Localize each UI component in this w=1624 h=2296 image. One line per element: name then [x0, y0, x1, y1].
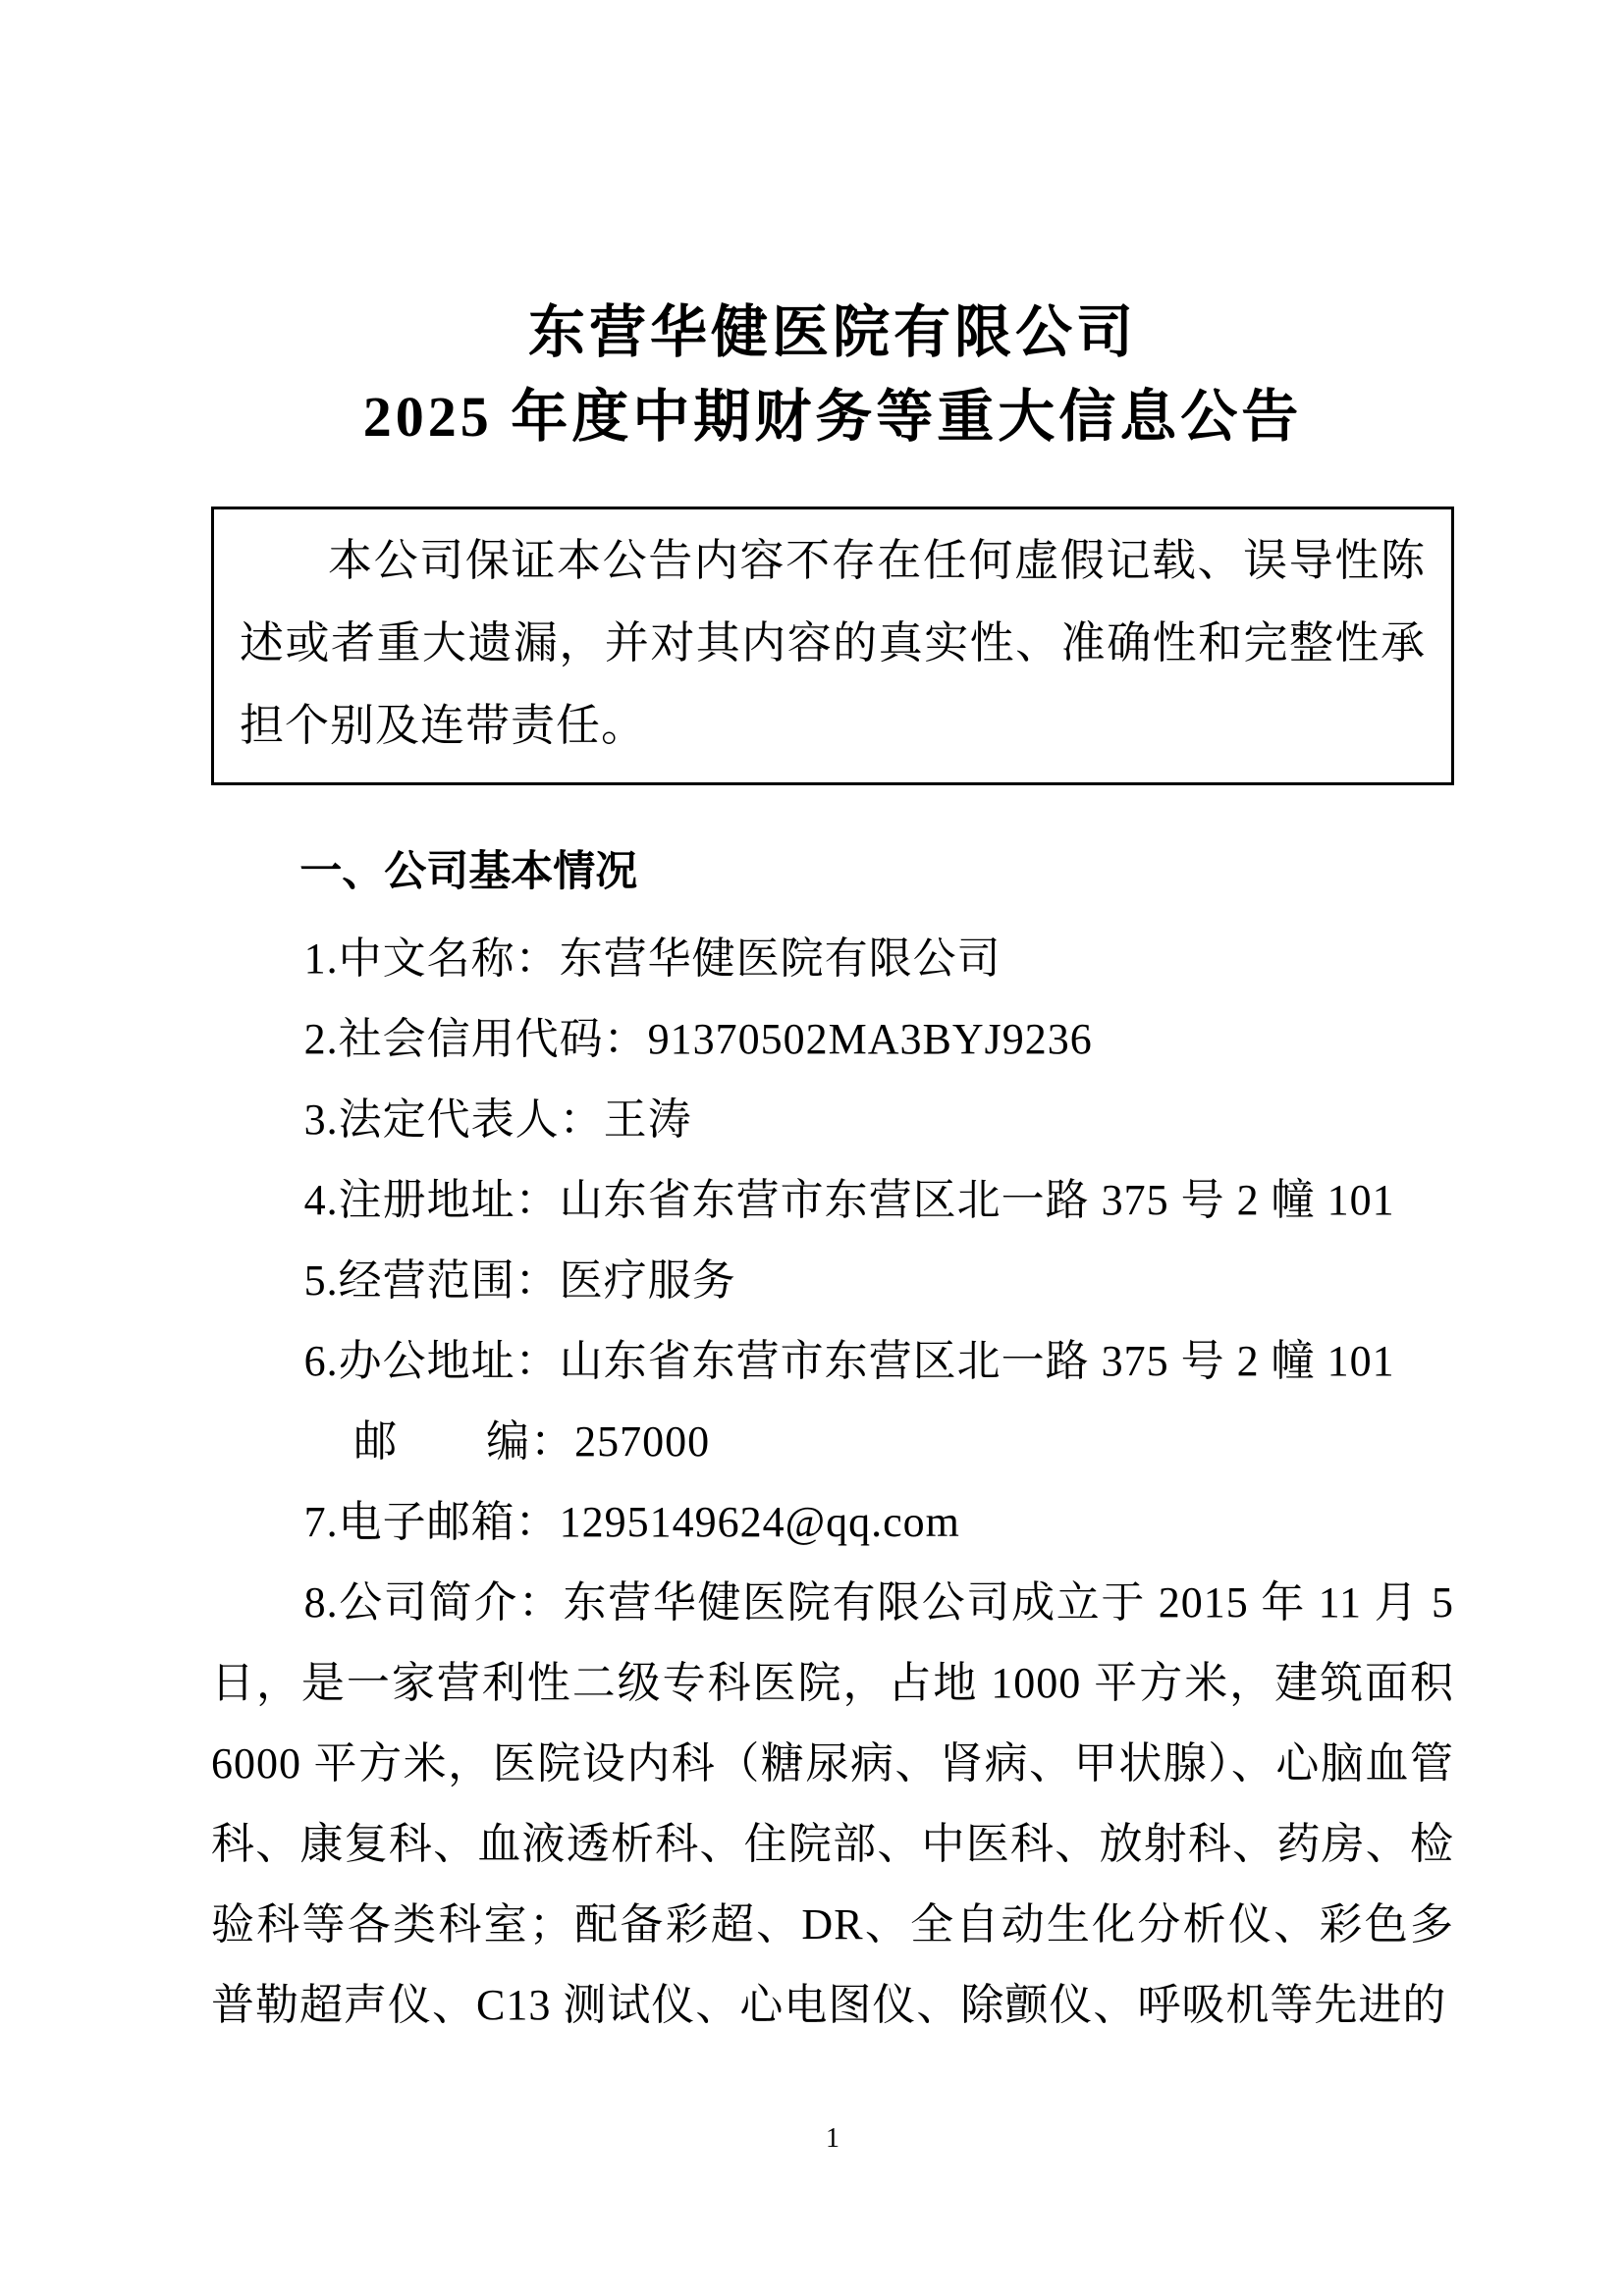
disclaimer-box: 本公司保证本公告内容不存在任何虚假记载、误导性陈述或者重大遗漏，并对其内容的真实…: [211, 507, 1454, 785]
company-info-item-email: 7.电子邮箱：1295149624@qq.com: [211, 1482, 1454, 1563]
company-info-item-registered-address: 4.注册地址：山东省东营市东营区北一路 375 号 2 幢 101: [211, 1160, 1454, 1241]
company-info-item-business-scope: 5.经营范围：医疗服务: [211, 1241, 1454, 1321]
document-page: 东营华健医院有限公司 2025 年度中期财务等重大信息公告 本公司保证本公告内容…: [0, 0, 1624, 2296]
document-title-line2: 2025 年度中期财务等重大信息公告: [211, 375, 1454, 459]
company-info-item-company-profile: 8.公司简介：东营华健医院有限公司成立于 2015 年 11 月 5 日，是一家…: [211, 1563, 1454, 2046]
company-info-list: 1.中文名称：东营华健医院有限公司 2.社会信用代码：91370502MA3BY…: [211, 919, 1454, 2046]
disclaimer-text: 本公司保证本公告内容不存在任何虚假记载、误导性陈述或者重大遗漏，并对其内容的真实…: [240, 519, 1426, 767]
document-content: 东营华健医院有限公司 2025 年度中期财务等重大信息公告 本公司保证本公告内容…: [211, 0, 1454, 2046]
company-info-item-postal-code: 邮 编：257000: [211, 1402, 1454, 1482]
document-title: 东营华健医院有限公司 2025 年度中期财务等重大信息公告: [211, 291, 1454, 459]
document-title-line1: 东营华健医院有限公司: [211, 291, 1454, 375]
company-info-item-legal-representative: 3.法定代表人：王涛: [211, 1080, 1454, 1160]
page-number: 1: [211, 2122, 1454, 2156]
company-info-item-office-address: 6.办公地址：山东省东营市东营区北一路 375 号 2 幢 101: [211, 1321, 1454, 1402]
company-info-item-chinese-name: 1.中文名称：东营华健医院有限公司: [211, 919, 1454, 999]
section-heading-company-basic-info: 一、公司基本情况: [211, 830, 1454, 913]
company-info-item-credit-code: 2.社会信用代码：91370502MA3BYJ9236: [211, 999, 1454, 1080]
